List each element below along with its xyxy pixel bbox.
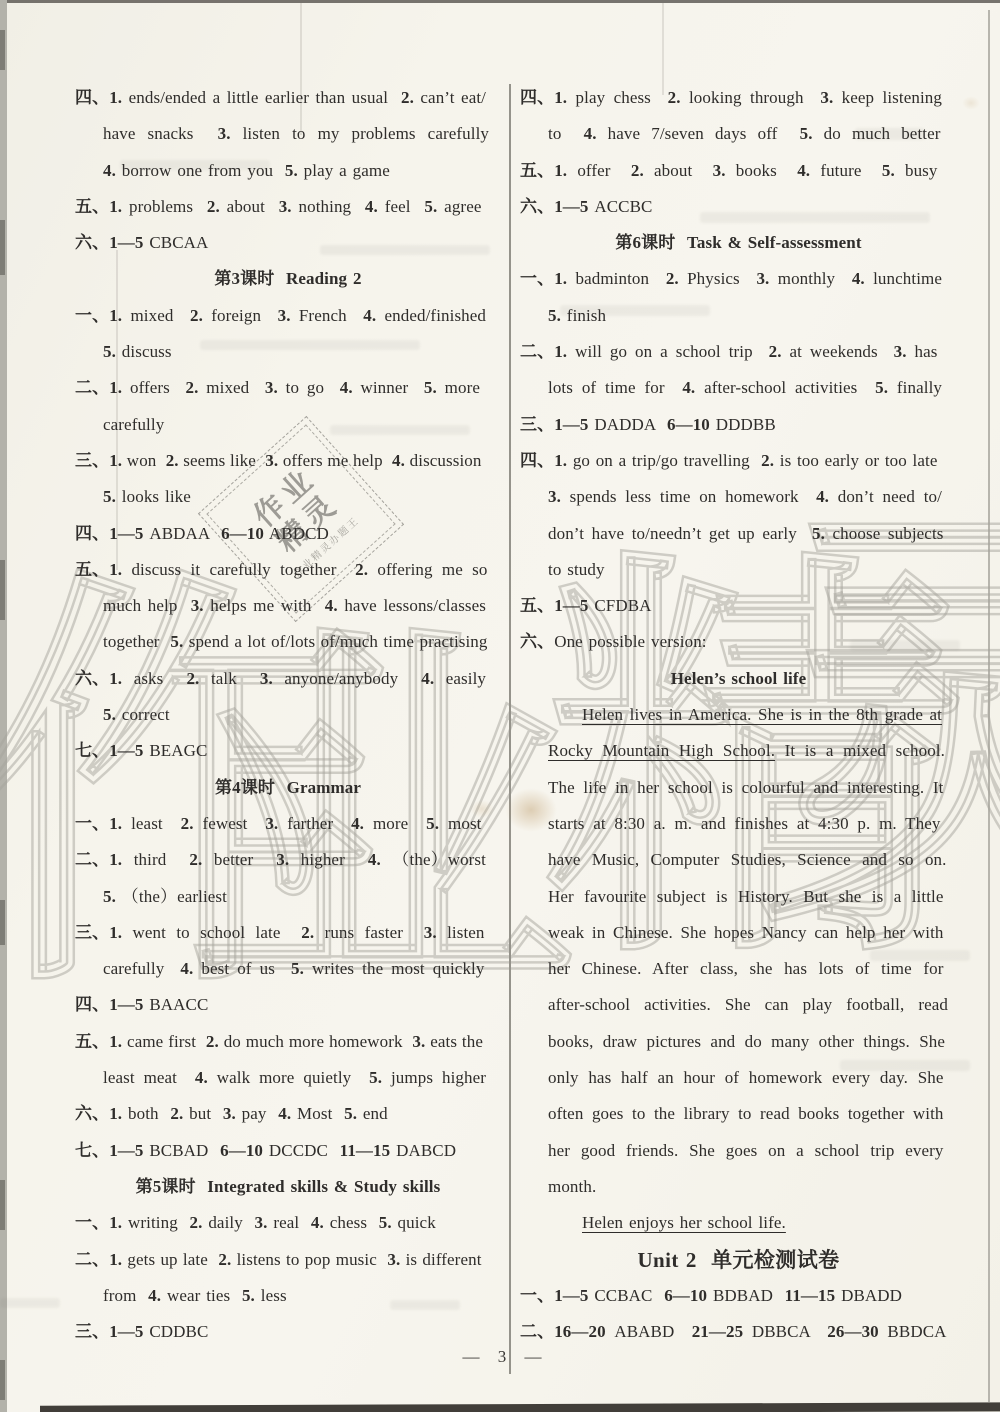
answers-column-right: 四、1. play chess 2. looking through 3. ke…	[520, 80, 957, 1350]
answer-line: Unit 2 单元检测试卷	[520, 1242, 957, 1278]
answer-line: Rocky Mountain High School. It is a mixe…	[520, 733, 957, 769]
answer-line: 四、1—5 BAACC	[75, 987, 501, 1023]
answer-line: 七、1—5 BEAGC	[75, 733, 501, 769]
answer-line: after-school activities. She can play fo…	[520, 987, 957, 1023]
answer-line: 五、1—5 CFDBA	[520, 588, 957, 624]
answer-line: 第3课时 Reading 2	[75, 261, 501, 297]
answer-line: 第4课时 Grammar	[75, 770, 501, 806]
answer-line: from 4. wear ties 5. less	[75, 1278, 501, 1314]
answer-line: Her favourite subject is History. But sh…	[520, 879, 957, 915]
answer-line: 六、One possible version:	[520, 624, 957, 660]
answer-line: 一、1—5 CCBAC 6—10 BDBAD 11—15 DBADD	[520, 1278, 957, 1314]
answer-line: 五、1. problems 2. about 3. nothing 4. fee…	[75, 189, 501, 225]
answer-line: 六、1. asks 2. talk 3. anyone/anybody 4. e…	[75, 661, 501, 697]
answer-line: carefully	[75, 407, 501, 443]
answer-line: Helen enjoys her school life.	[520, 1205, 957, 1241]
answer-line: 五、1. came first 2. do much more homework…	[75, 1024, 501, 1060]
answer-line: Helen lives in America. She is in the 8t…	[520, 697, 957, 733]
scan-edge-bottom	[40, 1402, 1000, 1412]
answer-line: 二、1. gets up late 2. listens to pop musi…	[75, 1242, 501, 1278]
answer-line: weak in Chinese. She hopes Nancy can hel…	[520, 915, 957, 951]
scan-edge-top	[0, 0, 1000, 3]
answer-line: 一、1. writing 2. daily 3. real 4. chess 5…	[75, 1205, 501, 1241]
answer-line: 六、1. both 2. but 3. pay 4. Most 5. end	[75, 1096, 501, 1132]
answer-line: 三、1. won 2. seems like 3. offers me help…	[75, 443, 501, 479]
answer-line: starts at 8:30 a. m. and finishes at 4:3…	[520, 806, 957, 842]
answer-line: have snacks 3. listen to my problems car…	[75, 116, 501, 152]
answers-column-left: 四、1. ends/ended a little earlier than us…	[75, 80, 501, 1350]
answer-line: her good friends. She goes on a school t…	[520, 1133, 957, 1169]
answer-line: 四、1. play chess 2. looking through 3. ke…	[520, 80, 957, 116]
answer-line: 三、1. went to school late 2. runs faster …	[75, 915, 501, 951]
paper-stain	[962, 96, 980, 110]
answer-line: 三、1—5 DADDA 6—10 DDDBB	[520, 407, 957, 443]
answer-line: month.	[520, 1169, 957, 1205]
column-divider	[509, 84, 511, 1374]
answer-line: 5. correct	[75, 697, 501, 733]
scan-edge-mark	[0, 30, 5, 70]
answer-line: 3. spends less time on homework 4. don’t…	[520, 479, 957, 515]
answer-line: The life in her school is colourful and …	[520, 770, 957, 806]
answer-line: 七、1—5 BCBAD 6—10 DCCDC 11—15 DABCD	[75, 1133, 501, 1169]
answer-line: 二、1. will go on a school trip 2. at week…	[520, 334, 957, 370]
answer-line: 一、1. mixed 2. foreign 3. French 4. ended…	[75, 298, 501, 334]
answer-line: often goes to the library to read books …	[520, 1096, 957, 1132]
scanned-answer-page: 作业精灵 作业 精灵 作业精灵办题王 四、1. ends/ended a lit…	[0, 0, 1000, 1412]
scan-edge-mark	[0, 1180, 5, 1230]
answer-line: lots of time for 4. after-school activit…	[520, 370, 957, 406]
answer-line: 四、1. ends/ended a little earlier than us…	[75, 80, 501, 116]
answer-line: 4. borrow one from you 5. play a game	[75, 153, 501, 189]
answer-line: 一、1. badminton 2. Physics 3. monthly 4. …	[520, 261, 957, 297]
answer-line: 一、1. least 2. fewest 3. farther 4. more …	[75, 806, 501, 842]
answer-line: her Chinese. After class, she has lots o…	[520, 951, 957, 987]
answer-line: 5. （the）earliest	[75, 879, 501, 915]
answer-line: have Music, Computer Studies, Science an…	[520, 842, 957, 878]
answer-line: 二、1. third 2. better 3. higher 4. （the）w…	[75, 842, 501, 878]
answer-line: 第6课时 Task & Self-assessment	[520, 225, 957, 261]
answer-line: 五、1. offer 2. about 3. books 4. future 5…	[520, 153, 957, 189]
answer-line: 5. finish	[520, 298, 957, 334]
answer-line: least meat 4. walk more quietly 5. jumps…	[75, 1060, 501, 1096]
bleed-through-smudge	[0, 1298, 60, 1308]
answer-line: 五、1. discuss it carefully together 2. of…	[75, 552, 501, 588]
page-number: — 3 —	[377, 1342, 627, 1372]
answer-line: 四、1. go on a trip/go travelling 2. is to…	[520, 443, 957, 479]
answer-line: only has half an hour of homework every …	[520, 1060, 957, 1096]
answer-line: 第5课时 Integrated skills & Study skills	[75, 1169, 501, 1205]
answer-line: 二、1. offers 2. mixed 3. to go 4. winner …	[75, 370, 501, 406]
answer-line: much help 3. helps me with 4. have lesso…	[75, 588, 501, 624]
scan-edge-mark	[0, 1360, 5, 1400]
answer-line: 四、1—5 ABDAA 6—10 ABDCD	[75, 516, 501, 552]
scan-edge-mark	[0, 220, 5, 275]
answer-line: Helen’s school life	[520, 661, 957, 697]
answer-line: to 4. have 7/seven days off 5. do much b…	[520, 116, 957, 152]
answer-line: books, draw pictures and do many other t…	[520, 1024, 957, 1060]
answer-line: 5. looks like	[75, 479, 501, 515]
answer-line: to study	[520, 552, 957, 588]
answer-line: carefully 4. best of us 5. writes the mo…	[75, 951, 501, 987]
answer-line: 5. discuss	[75, 334, 501, 370]
answer-line: don’t have to/needn’t get up early 5. ch…	[520, 516, 957, 552]
answer-line: 六、1—5 CBCAA	[75, 225, 501, 261]
answer-line: together 5. spend a lot of/lots of/much …	[75, 624, 501, 660]
answer-line: 六、1—5 ACCBC	[520, 189, 957, 225]
